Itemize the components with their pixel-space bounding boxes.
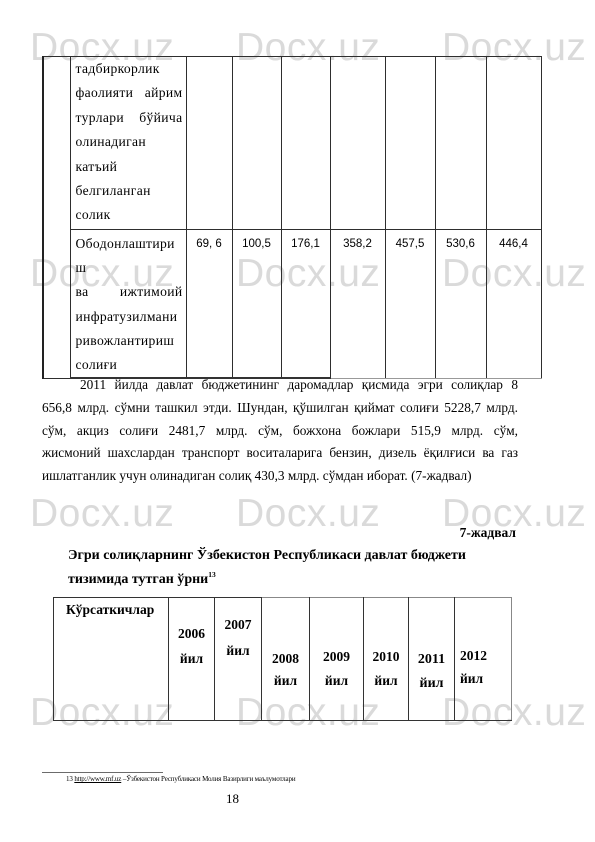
header-year: 2009 — [310, 645, 363, 669]
header-cell-year: 2012 йил — [455, 598, 512, 721]
indicator-cell: тадбиркорлик фаолияти айрим турлари бўйи… — [70, 57, 186, 230]
header-unit: йил — [169, 646, 214, 671]
header-cell-year: 2006 йил — [169, 598, 215, 721]
paragraph-line: 2011 йилда давлат бюджетининг даромадлар… — [42, 374, 518, 397]
indicator-line: белгиланган — [76, 179, 183, 203]
value-cell — [232, 57, 281, 230]
table-title: Эгри солиқларнинг Ўзбекистон Республикас… — [68, 544, 466, 592]
paragraph-line: 656,8 млрд. сўмни ташкил этди. Шундан, қ… — [42, 397, 518, 420]
header-year: 2006 — [169, 621, 214, 646]
paragraph-line: ишлатганлик учун олинадиган солиқ 430,3 … — [42, 465, 518, 488]
page-number: 18 — [226, 791, 239, 807]
value-cell — [281, 57, 330, 230]
table-title-text: тизимида тутган ўрни — [68, 572, 208, 587]
footnote-number: 13 — [66, 775, 73, 783]
header-unit: йил — [460, 667, 511, 690]
value-cell: 358,2 — [330, 230, 385, 379]
indicator-cell: Ободонлаштири ш ва ижтимоий инфратузилма… — [70, 230, 186, 379]
value-cell: 530,6 — [435, 230, 486, 379]
value-cell: 100,5 — [232, 230, 281, 379]
tax-table-continued: тадбиркорлик фаолияти айрим турлари бўйи… — [42, 56, 542, 379]
indirect-taxes-table-grid: Кўрсаткичлар 2006 йил 2007 йил — [53, 597, 512, 721]
indicator-line: солик — [76, 203, 183, 227]
footnote: 13 http://www.mf.uz –Ўзбекистон Республи… — [66, 775, 295, 784]
indicator-line: тадбиркорлик — [76, 57, 183, 81]
watermark: Docx.uz — [30, 494, 174, 533]
value-cell — [385, 57, 435, 230]
indicator-line: инфратузилмани — [76, 305, 183, 329]
header-year: 2012 — [460, 644, 511, 667]
indirect-taxes-table: Кўрсаткичлар 2006 йил 2007 йил — [53, 597, 512, 721]
paragraph-line: жисмоний шахслардан транспорт воситалари… — [42, 442, 518, 465]
value-cell — [330, 57, 385, 230]
indicator-line: ривожлантириш — [76, 329, 183, 353]
header-year: 2007 — [215, 612, 261, 638]
header-year: 2010 — [364, 645, 408, 669]
value-cell — [186, 57, 232, 230]
indicator-line: турлари бўйича — [76, 106, 183, 130]
header-unit: йил — [364, 669, 408, 693]
header-cell-year: 2011 йил — [409, 598, 455, 721]
footnote-reference[interactable]: 13 — [208, 570, 216, 579]
table-title-line: тизимида тутган ўрни13 — [68, 568, 466, 592]
header-year: 2011 — [409, 648, 454, 672]
value-cell — [435, 57, 486, 230]
document-page: Docx.uzDocx.uzDocx.uzDocx.uzDocx.uzDocx.… — [0, 0, 595, 842]
header-label: Кўрсаткичлар — [54, 598, 168, 621]
value-cell: 176,1 — [281, 230, 330, 379]
header-cell-year: 2007 йил — [215, 598, 262, 721]
body-paragraph: 2011 йилда давлат бюджетининг даромадлар… — [42, 374, 518, 488]
indicator-line: олинадиган — [76, 130, 183, 154]
table-title-line: Эгри солиқларнинг Ўзбекистон Республикас… — [68, 544, 466, 568]
value-cell — [486, 57, 541, 230]
indicator-line: катъий — [76, 155, 183, 179]
header-year: 2008 — [262, 648, 309, 670]
header-cell-year: 2010 йил — [364, 598, 409, 721]
indicator-line: Ободонлаштири — [76, 232, 183, 256]
table-header-row: Кўрсаткичлар 2006 йил 2007 йил — [54, 598, 512, 721]
header-unit: йил — [310, 669, 363, 693]
header-cell-year: 2008 йил — [262, 598, 310, 721]
tax-table: тадбиркорлик фаолияти айрим турлари бўйи… — [42, 56, 542, 379]
header-unit: йил — [409, 672, 454, 696]
header-cell-indicators: Кўрсаткичлар — [54, 598, 169, 721]
header-cell-year: 2009 йил — [310, 598, 364, 721]
indicator-line: ш — [76, 256, 183, 280]
header-unit: йил — [215, 638, 261, 664]
watermark: Docx.uz — [236, 494, 380, 533]
value-cell: 457,5 — [385, 230, 435, 379]
table-row: Ободонлаштири ш ва ижтимоий инфратузилма… — [43, 230, 541, 379]
footnote-text: –Ўзбекистон Республикаси Молия Вазирлиги… — [123, 775, 296, 783]
row-number-cell — [43, 57, 70, 379]
paragraph-line: сўм, акциз солиғи 2481,7 млрд. сўм, божх… — [42, 420, 518, 443]
header-unit: йил — [262, 670, 309, 692]
indicator-line: ва ижтимоий — [76, 280, 183, 304]
indicator-line: фаолияти айрим — [76, 81, 183, 105]
table-number: 7-жадвал — [460, 522, 516, 544]
value-cell: 69, 6 — [186, 230, 232, 379]
value-cell: 446,4 — [486, 230, 541, 379]
footnote-separator — [42, 772, 163, 773]
footnote-link[interactable]: http://www.mf.uz — [74, 775, 121, 783]
table-row: тадбиркорлик фаолияти айрим турлари бўйи… — [43, 57, 541, 230]
